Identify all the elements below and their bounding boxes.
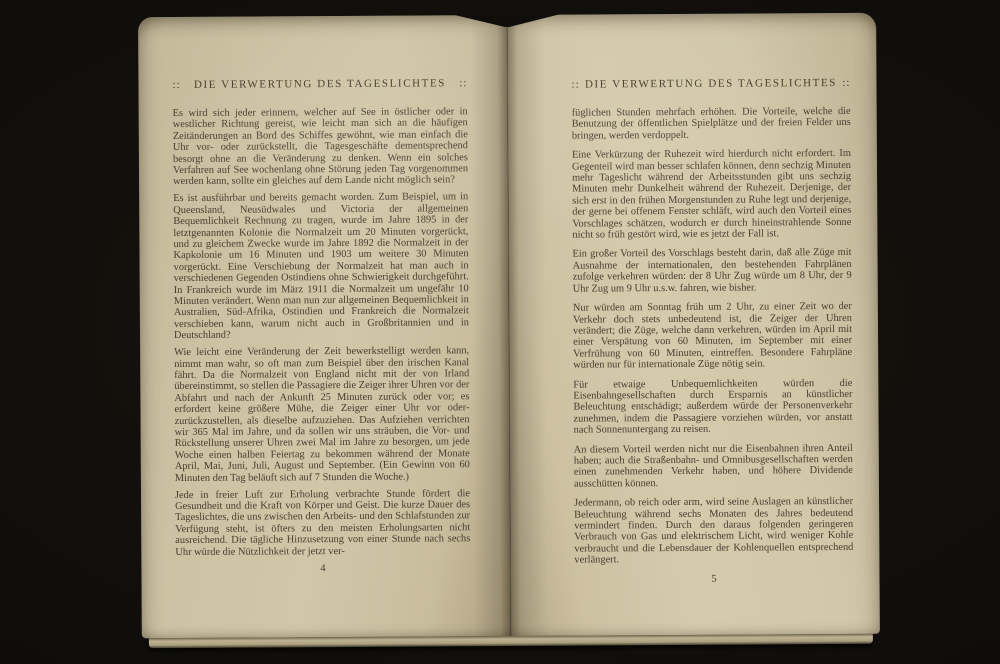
left-page: :: DIE VERWERTUNG DES TAGESLICHTES :: Es… bbox=[138, 15, 511, 638]
header-mark-right: :: bbox=[842, 77, 850, 89]
page-number-right: 5 bbox=[574, 573, 853, 586]
page-spread: :: DIE VERWERTUNG DES TAGESLICHTES :: Es… bbox=[138, 13, 880, 638]
header-mark-left: :: bbox=[571, 79, 579, 91]
page-header: :: DIE VERWERTUNG DES TAGESLICHTES :: bbox=[571, 77, 850, 91]
paragraph: Nur würden am Sonntag früh um 2 Uhr, zu … bbox=[573, 301, 852, 371]
page-number-left: 4 bbox=[175, 562, 470, 575]
book-photo: :: DIE VERWERTUNG DES TAGESLICHTES :: Es… bbox=[0, 0, 1000, 664]
page-header: :: DIE VERWERTUNG DES TAGESLICHTES :: bbox=[172, 77, 467, 91]
paragraph: Ein großer Vorteil des Vorschlags besteh… bbox=[573, 247, 852, 294]
paragraph: Es ist ausführbar und bereits gemacht wo… bbox=[173, 192, 469, 342]
paragraph: Für etwaige Unbequemlichkeiten würden di… bbox=[573, 377, 852, 436]
paragraph: Wie leicht eine Veränderung der Zeit bew… bbox=[174, 345, 470, 484]
paragraph: An diesem Vorteil werden nicht nur die E… bbox=[574, 442, 853, 489]
right-page: :: DIE VERWERTUNG DES TAGESLICHTES :: fü… bbox=[507, 13, 880, 636]
paragraph: Jede in freier Luft zur Erholung verbrac… bbox=[175, 488, 470, 558]
open-book: :: DIE VERWERTUNG DES TAGESLICHTES :: Es… bbox=[138, 13, 880, 648]
paragraph: Jedermann, ob reich oder arm, wird seine… bbox=[574, 496, 853, 566]
paragraph: füglichen Stunden mehrfach erhöhen. Die … bbox=[572, 106, 851, 142]
page-title: DIE VERWERTUNG DES TAGESLICHTES bbox=[585, 77, 837, 91]
header-mark-right: :: bbox=[459, 77, 467, 89]
header-mark-left: :: bbox=[172, 79, 180, 91]
page-title: DIE VERWERTUNG DES TAGESLICHTES bbox=[194, 77, 446, 91]
left-page-body: Es wird sich jeder erinnern, welcher auf… bbox=[173, 106, 471, 558]
paragraph: Es wird sich jeder erinnern, welcher auf… bbox=[173, 106, 468, 188]
right-page-body: füglichen Stunden mehrfach erhöhen. Die … bbox=[572, 106, 854, 566]
paragraph: Eine Verkürzung der Ruhezeit wird hierdu… bbox=[572, 148, 852, 241]
